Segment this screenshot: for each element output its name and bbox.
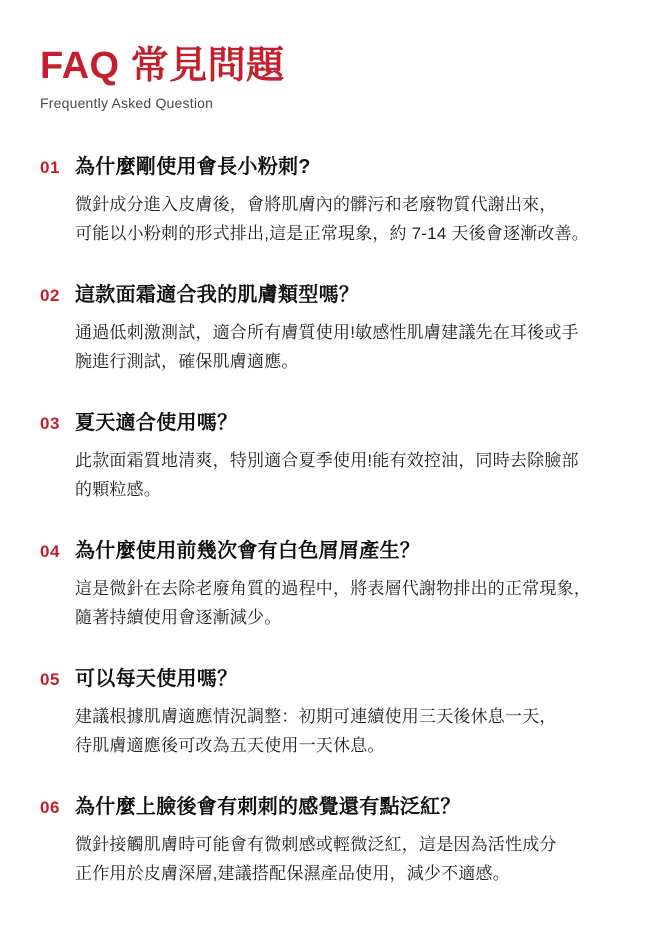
faq-content: 為什麼剛使用會長小粉刺? 微針成分進入皮膚後，會將肌膚內的髒污和老廢物質代謝出來… bbox=[75, 153, 589, 248]
faq-content: 為什麼使用前幾次會有白色屑屑產生？ 這是微針在去除老廢角質的過程中，將表層代謝物… bbox=[75, 537, 591, 632]
faq-content: 為什麼上臉後會有刺刺的感覺還有點泛紅？ 微針接觸肌膚時可能會有微刺感或輕微泛紅，… bbox=[75, 793, 557, 888]
faq-answer: 建議根據肌膚適應情況調整：初期可連續使用三天後休息一天， 待肌膚適應後可改為五天… bbox=[75, 702, 557, 760]
faq-item-05: 05 可以每天使用嗎？ 建議根據肌膚適應情況調整：初期可連續使用三天後休息一天，… bbox=[40, 665, 610, 760]
faq-number: 04 bbox=[40, 538, 62, 566]
faq-item-06: 06 為什麼上臉後會有刺刺的感覺還有點泛紅？ 微針接觸肌膚時可能會有微刺感或輕微… bbox=[40, 793, 610, 888]
faq-answer: 此款面霜質地清爽，特別適合夏季使用!能有效控油，同時去除臉部 的顆粒感。 bbox=[75, 446, 579, 504]
faq-question: 夏天適合使用嗎？ bbox=[75, 409, 579, 437]
faq-number: 05 bbox=[40, 666, 62, 694]
faq-page: FAQ 常見問題 Frequently Asked Question 01 為什… bbox=[0, 0, 650, 945]
faq-number: 02 bbox=[40, 282, 62, 310]
faq-item-02: 02 這款面霜適合我的肌膚類型嗎？ 通過低刺激測試，適合所有膚質使用!敏感性肌膚… bbox=[40, 281, 610, 376]
faq-question: 這款面霜適合我的肌膚類型嗎？ bbox=[75, 281, 579, 309]
faq-answer: 微針接觸肌膚時可能會有微刺感或輕微泛紅，這是因為活性成分 正作用於皮膚深層,建議… bbox=[75, 830, 557, 888]
faq-item-03: 03 夏天適合使用嗎？ 此款面霜質地清爽，特別適合夏季使用!能有效控油，同時去除… bbox=[40, 409, 610, 504]
faq-list: 01 為什麼剛使用會長小粉刺? 微針成分進入皮膚後，會將肌膚內的髒污和老廢物質代… bbox=[40, 153, 610, 888]
faq-answer: 微針成分進入皮膚後，會將肌膚內的髒污和老廢物質代謝出來， 可能以小粉刺的形式排出… bbox=[75, 190, 589, 248]
faq-question: 為什麼使用前幾次會有白色屑屑產生？ bbox=[75, 537, 591, 565]
faq-answer: 這是微針在去除老廢角質的過程中，將表層代謝物排出的正常現象， 隨著持續使用會逐漸… bbox=[75, 574, 591, 632]
faq-item-04: 04 為什麼使用前幾次會有白色屑屑產生？ 這是微針在去除老廢角質的過程中，將表層… bbox=[40, 537, 610, 632]
faq-number: 03 bbox=[40, 410, 62, 438]
faq-question: 為什麼剛使用會長小粉刺? bbox=[75, 153, 589, 181]
page-subtitle: Frequently Asked Question bbox=[40, 95, 610, 111]
faq-answer: 通過低刺激測試，適合所有膚質使用!敏感性肌膚建議先在耳後或手 腕進行測試，確保肌… bbox=[75, 318, 579, 376]
faq-content: 可以每天使用嗎？ 建議根據肌膚適應情況調整：初期可連續使用三天後休息一天， 待肌… bbox=[75, 665, 557, 760]
page-header: FAQ 常見問題 Frequently Asked Question bbox=[40, 44, 610, 111]
faq-question: 可以每天使用嗎？ bbox=[75, 665, 557, 693]
faq-content: 這款面霜適合我的肌膚類型嗎？ 通過低刺激測試，適合所有膚質使用!敏感性肌膚建議先… bbox=[75, 281, 579, 376]
page-title: FAQ 常見問題 bbox=[40, 44, 610, 90]
faq-question: 為什麼上臉後會有刺刺的感覺還有點泛紅？ bbox=[75, 793, 557, 821]
faq-number: 01 bbox=[40, 154, 62, 182]
faq-number: 06 bbox=[40, 794, 62, 822]
faq-item-01: 01 為什麼剛使用會長小粉刺? 微針成分進入皮膚後，會將肌膚內的髒污和老廢物質代… bbox=[40, 153, 610, 248]
faq-content: 夏天適合使用嗎？ 此款面霜質地清爽，特別適合夏季使用!能有效控油，同時去除臉部 … bbox=[75, 409, 579, 504]
